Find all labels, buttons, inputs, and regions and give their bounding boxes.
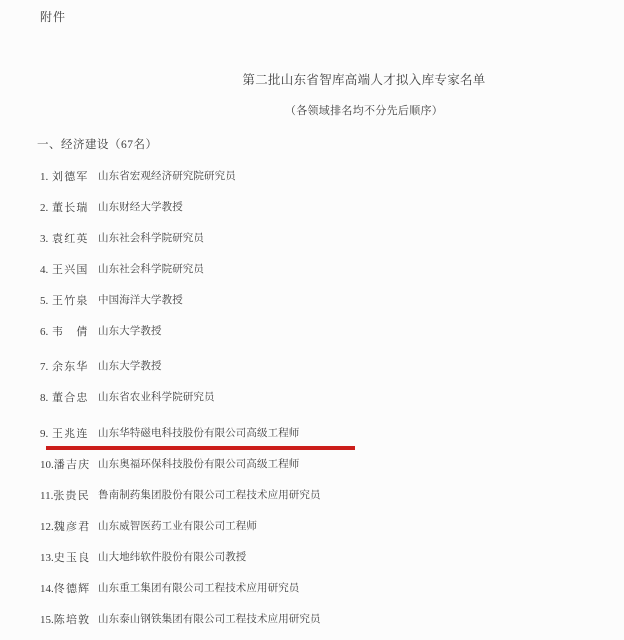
item-number: 11. [40,489,53,503]
list-item: 14.佟德辉 山东重工集团有限公司工程技术应用研究员 [40,582,624,613]
item-number: 12. [40,520,54,534]
expert-affiliation: 山东奥福环保科技股份有限公司高级工程师 [98,458,299,472]
expert-name: 余东华 [52,361,89,373]
list-item: 2.董长瑞 山东财经大学教授 [40,201,624,232]
item-number: 9. [40,427,52,441]
expert-name: 陈培敦 [54,614,91,626]
expert-name: 张贵民 [53,490,90,502]
item-number: 6. [40,325,52,339]
expert-affiliation: 山东社会科学院研究员 [98,263,204,277]
list-item: 6.韦 倩 山东大学教授 [40,325,624,356]
item-number: 10. [40,458,54,472]
item-number: 7. [40,360,52,374]
expert-affiliation: 山东重工集团有限公司工程技术应用研究员 [98,582,299,596]
item-number: 8. [40,391,52,405]
list-item: 9.王兆连 山东华特磁电科技股份有限公司高级工程师 [40,427,624,458]
document-subtitle: （各领域排名均不分先后顺序） [40,102,624,118]
list-item: 3.袁红英 山东社会科学院研究员 [40,232,624,263]
expert-name: 史玉良 [54,552,91,564]
expert-name: 王竹泉 [52,295,89,307]
expert-affiliation: 山东财经大学教授 [98,201,183,215]
item-number: 2. [40,201,52,215]
expert-affiliation: 山东大学教授 [98,325,162,339]
document-page: 附件 第二批山东省智库高端人才拟入库专家名单 （各领域排名均不分先后顺序） 一、… [0,0,624,640]
expert-name: 刘德军 [52,171,89,183]
list-item: 8.董合忠 山东省农业科学院研究员 [40,391,624,422]
section-heading-economy: 一、经济建设（67名） [37,136,158,152]
expert-affiliation: 山东省宏观经济研究院研究员 [98,170,236,184]
expert-affiliation: 山东社会科学院研究员 [98,232,204,246]
expert-list: 1.刘德军 山东省宏观经济研究院研究员 2.董长瑞 山东财经大学教授 3.袁红英… [40,170,624,640]
expert-affiliation: 中国海洋大学教授 [98,294,183,308]
list-item: 13.史玉良 山大地纬软件股份有限公司教授 [40,551,624,582]
item-number: 4. [40,263,52,277]
expert-name: 魏彦君 [54,521,91,533]
list-item: 10.潘吉庆 山东奥福环保科技股份有限公司高级工程师 [40,458,624,489]
list-item: 15.陈培敦 山东泰山钢铁集团有限公司工程技术应用研究员 [40,613,624,640]
expert-affiliation: 山大地纬软件股份有限公司教授 [98,551,246,565]
expert-affiliation: 山东华特磁电科技股份有限公司高级工程师 [98,427,299,441]
attachment-label: 附件 [40,8,66,25]
expert-name: 韦 倩 [52,326,89,338]
expert-name: 董合忠 [52,392,89,404]
list-item: 12.魏彦君 山东威智医药工业有限公司工程师 [40,520,624,551]
item-number: 5. [40,294,52,308]
item-number: 1. [40,170,52,184]
list-item: 7.余东华 山东大学教授 [40,360,624,391]
list-item: 1.刘德军 山东省宏观经济研究院研究员 [40,170,624,201]
expert-name: 袁红英 [52,233,89,245]
expert-affiliation: 山东省农业科学院研究员 [98,391,215,405]
expert-name: 董长瑞 [52,202,89,214]
expert-affiliation: 鲁南制药集团股份有限公司工程技术应用研究员 [98,489,321,503]
expert-name: 佟德辉 [54,583,91,595]
expert-name: 王兆连 [52,428,89,440]
expert-name: 潘吉庆 [54,459,91,471]
list-item: 11.张贵民 鲁南制药集团股份有限公司工程技术应用研究员 [40,489,624,520]
document-title: 第二批山东省智库高端人才拟入库专家名单 [40,70,624,88]
item-number: 14. [40,582,54,596]
item-number: 3. [40,232,52,246]
expert-affiliation: 山东威智医药工业有限公司工程师 [98,520,257,534]
document-body: 附件 第二批山东省智库高端人才拟入库专家名单 （各领域排名均不分先后顺序） 一、… [40,0,624,640]
expert-affiliation: 山东泰山钢铁集团有限公司工程技术应用研究员 [98,613,321,627]
item-number: 13. [40,551,54,565]
item-number: 15. [40,613,54,627]
list-item: 5.王竹泉 中国海洋大学教授 [40,294,624,325]
expert-affiliation: 山东大学教授 [98,360,162,374]
list-item: 4.王兴国 山东社会科学院研究员 [40,263,624,294]
expert-name: 王兴国 [52,264,89,276]
